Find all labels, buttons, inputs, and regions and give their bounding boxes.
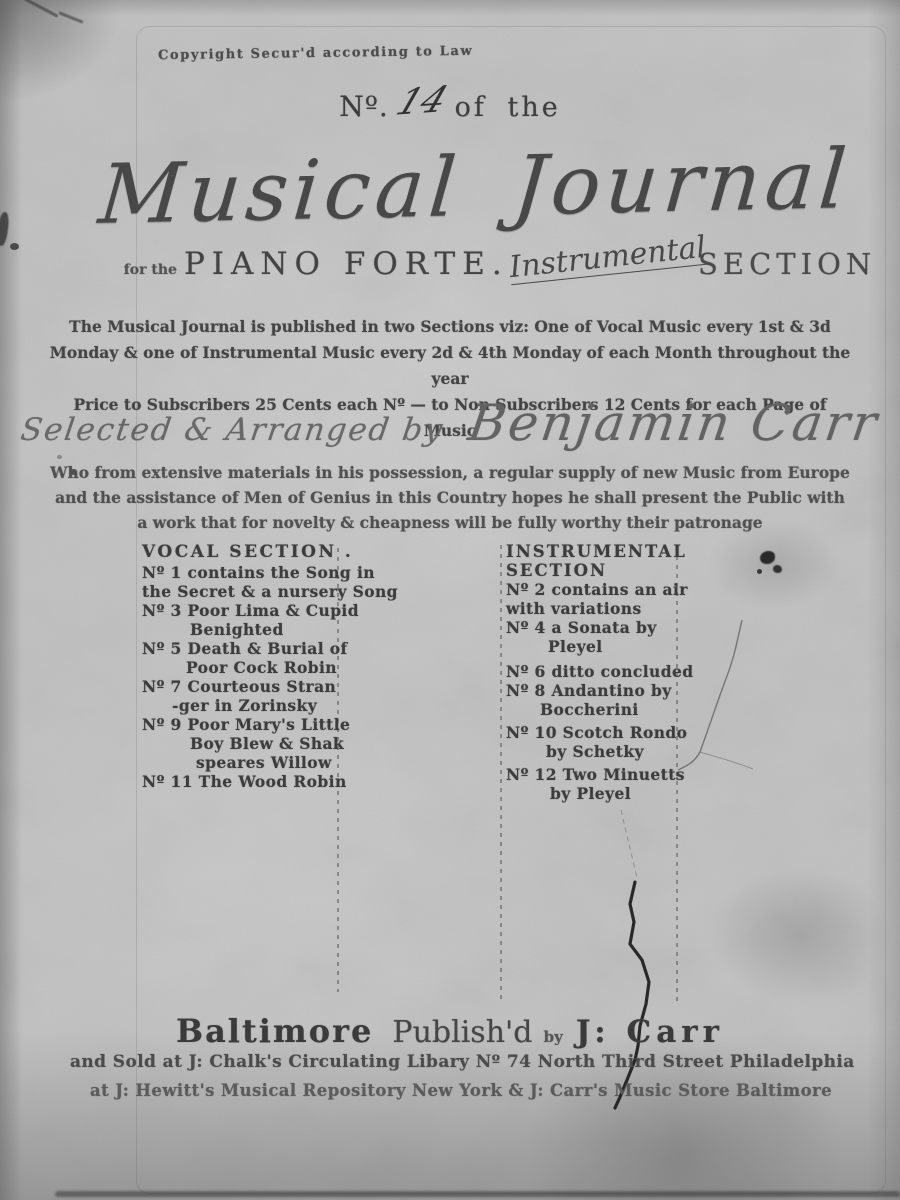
imprint-by: by [544,1028,563,1046]
imprint-line-1: Baltimore Publish'd by J: Carr [0,1012,900,1050]
imprint-line-2: and Sold at J: Chalk's Circulating Libar… [70,1052,830,1072]
imprint-published: Publish'd [392,1015,532,1050]
imprint-city: Baltimore [176,1012,373,1050]
imprint-line-3: at J: Hewitt's Musical Repository New Yo… [90,1081,810,1100]
scanned-title-page: Copyright Secur'd according to Law Nº.14… [0,0,900,1200]
imprint-publisher: J: Carr [576,1014,724,1050]
